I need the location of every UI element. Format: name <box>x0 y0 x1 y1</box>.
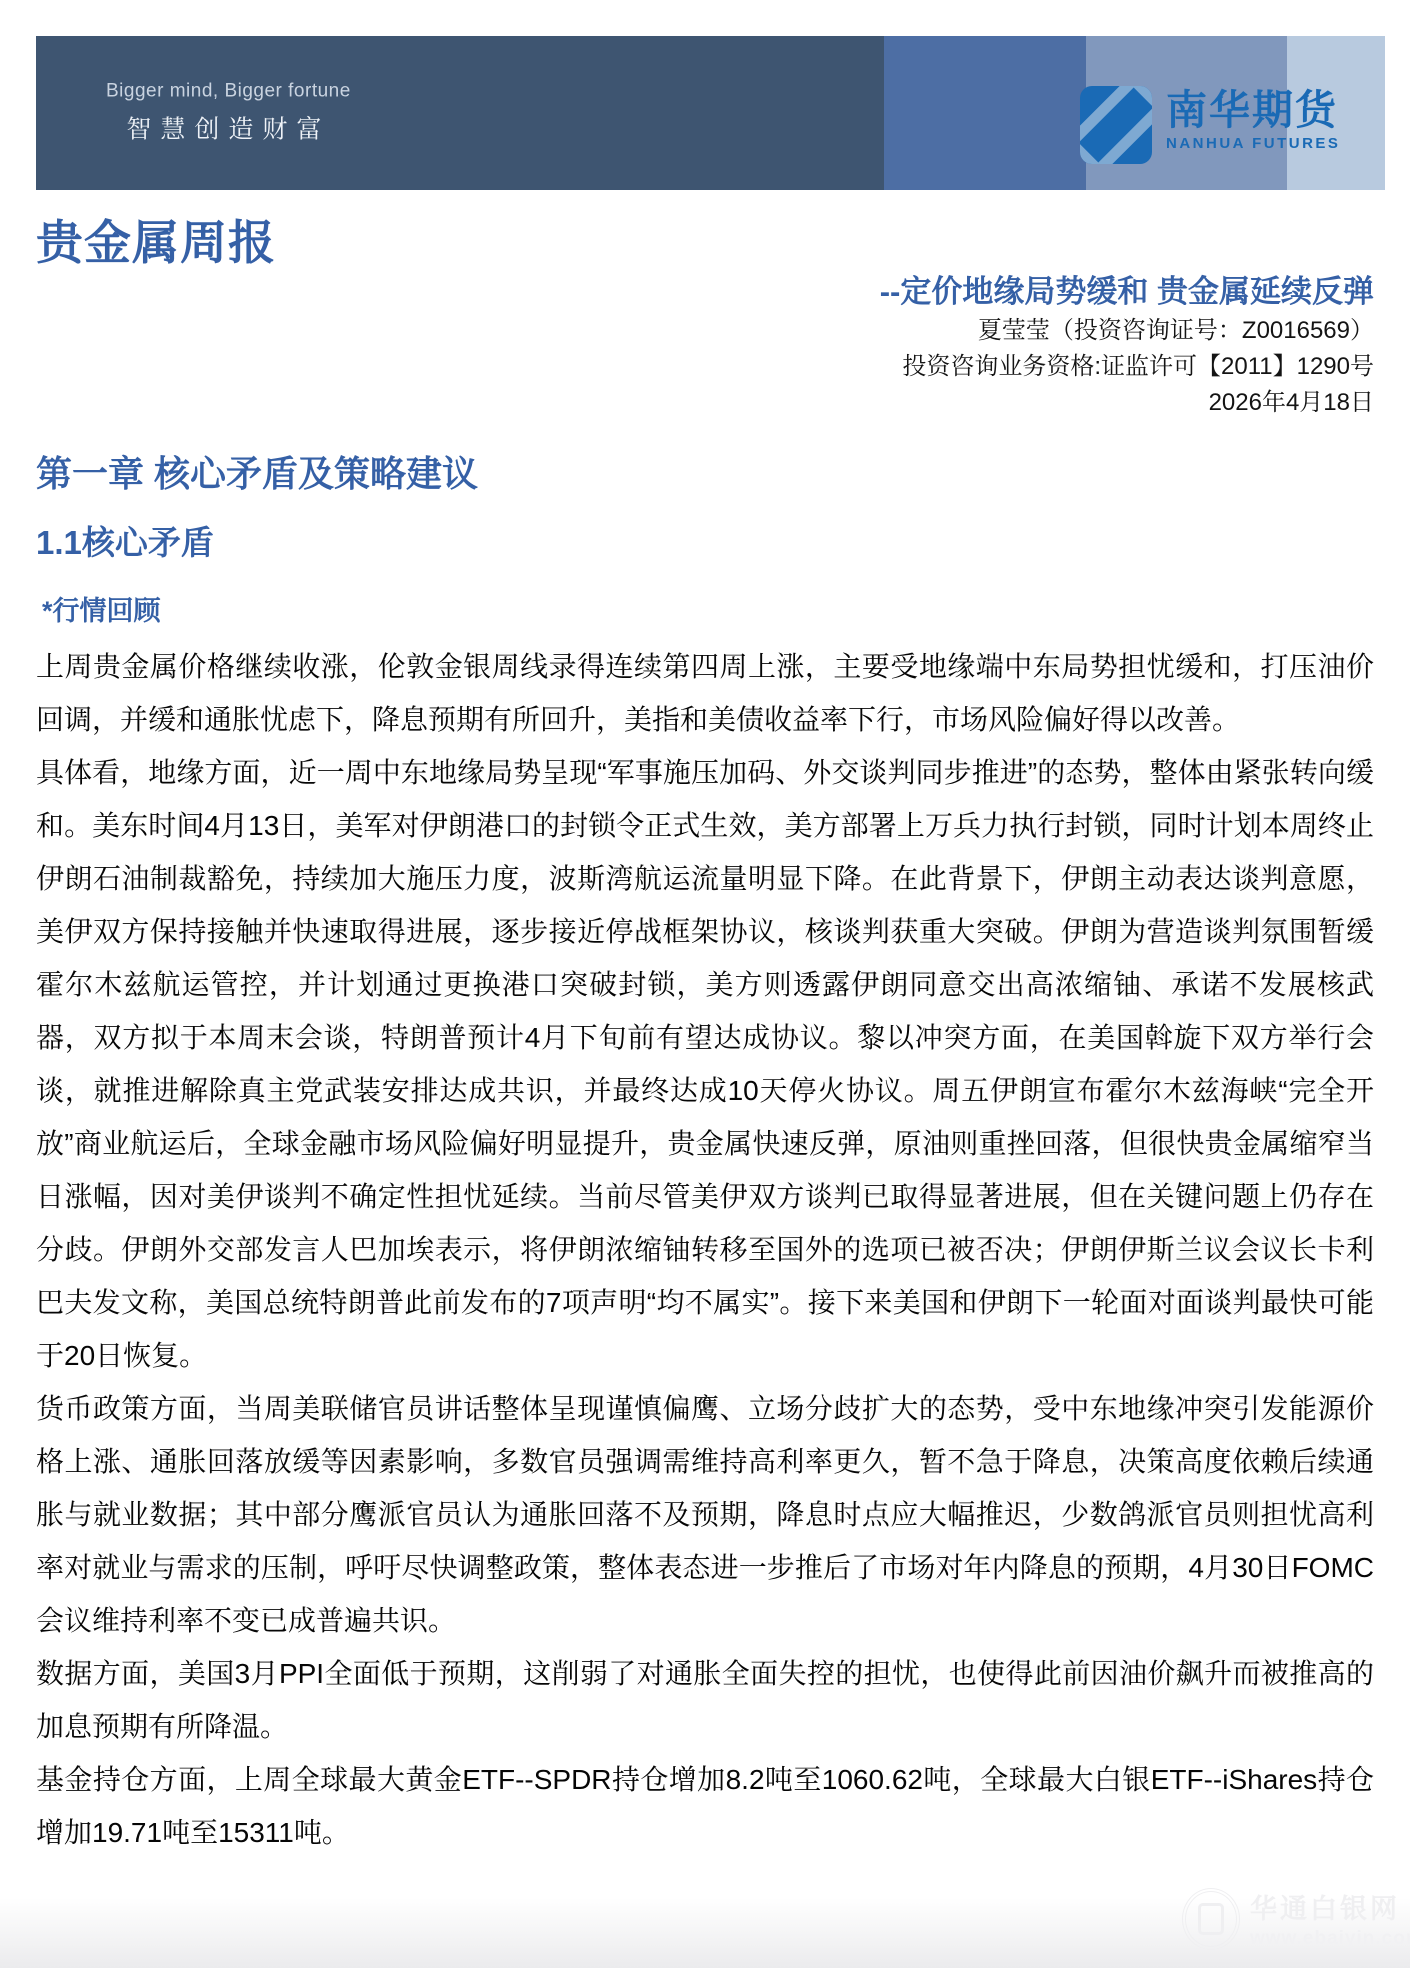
company-logo: 南华期货 NANHUA FUTURES <box>1080 86 1340 164</box>
qualification-line: 投资咨询业务资格:证监许可【2011】1290号 <box>36 349 1374 385</box>
site-watermark: 华通白银网 www.ebaiyin.com <box>1182 1887 1410 1950</box>
report-date: 2026年4月18日 <box>36 385 1374 421</box>
chapter-heading: 第一章 核心矛盾及策略建议 <box>36 446 478 497</box>
banner-band-medium <box>884 36 1086 190</box>
author-line: 夏莹莹（投资咨询证号：Z0016569） <box>36 313 1374 349</box>
report-meta: 夏莹莹（投资咨询证号：Z0016569） 投资咨询业务资格:证监许可【2011】… <box>36 313 1374 421</box>
logo-name-chinese: 南华期货 <box>1166 86 1340 134</box>
logo-diagonal-shape <box>1080 86 1152 164</box>
report-page: Bigger mind, Bigger fortune 智慧创造财富 南华期货 … <box>0 0 1410 1968</box>
brand-tagline: Bigger mind, Bigger fortune 智慧创造财富 <box>106 81 351 146</box>
watermark-site-url: www.ebaiyin.com <box>1250 1928 1410 1950</box>
tagline-english: Bigger mind, Bigger fortune <box>106 81 351 103</box>
paragraph-data: 数据方面，美国3月PPI全面低于预期，这削弱了对通胀全面失控的担忧，也使得此前因… <box>36 1647 1374 1753</box>
paragraph-monetary-policy: 货币政策方面，当周美联储官员讲话整体呈现谨慎偏鹰、立场分歧扩大的态势，受中东地缘… <box>36 1382 1374 1647</box>
logo-name-english: NANHUA FUTURES <box>1166 135 1340 152</box>
paragraph-market-review: 上周贵金属价格继续收涨，伦敦金银周线录得连续第四周上涨，主要受地缘端中东局势担忧… <box>36 640 1374 746</box>
section-heading: 1.1核心矛盾 <box>36 517 214 564</box>
subsection-heading: *行情回顾 <box>42 589 161 628</box>
watermark-text: 华通白银网 www.ebaiyin.com <box>1250 1887 1410 1950</box>
paragraph-etf-holdings: 基金持仓方面，上周全球最大黄金ETF--SPDR持仓增加8.2吨至1060.62… <box>36 1753 1374 1859</box>
watermark-site-name: 华通白银网 <box>1250 1887 1410 1926</box>
watermark-logo-icon <box>1182 1888 1240 1950</box>
nanhua-logo-icon <box>1080 86 1152 164</box>
banner-band-dark: Bigger mind, Bigger fortune 智慧创造财富 <box>36 36 884 190</box>
logo-text: 南华期货 NANHUA FUTURES <box>1166 86 1340 152</box>
header-banner: Bigger mind, Bigger fortune 智慧创造财富 南华期货 … <box>36 36 1385 190</box>
paragraph-geopolitics: 具体看，地缘方面，近一周中东地缘局势呈现“军事施压加码、外交谈判同步推进”的态势… <box>36 746 1374 1382</box>
page-title: 贵金属周报 <box>36 206 276 273</box>
watermark-glyph <box>1198 1903 1224 1935</box>
report-body: 上周贵金属价格继续收涨，伦敦金银周线录得连续第四周上涨，主要受地缘端中东局势担忧… <box>36 640 1374 1859</box>
tagline-chinese: 智慧创造财富 <box>106 110 351 146</box>
report-subtitle: --定价地缘局势缓和 贵金属延续反弹 <box>36 266 1374 311</box>
